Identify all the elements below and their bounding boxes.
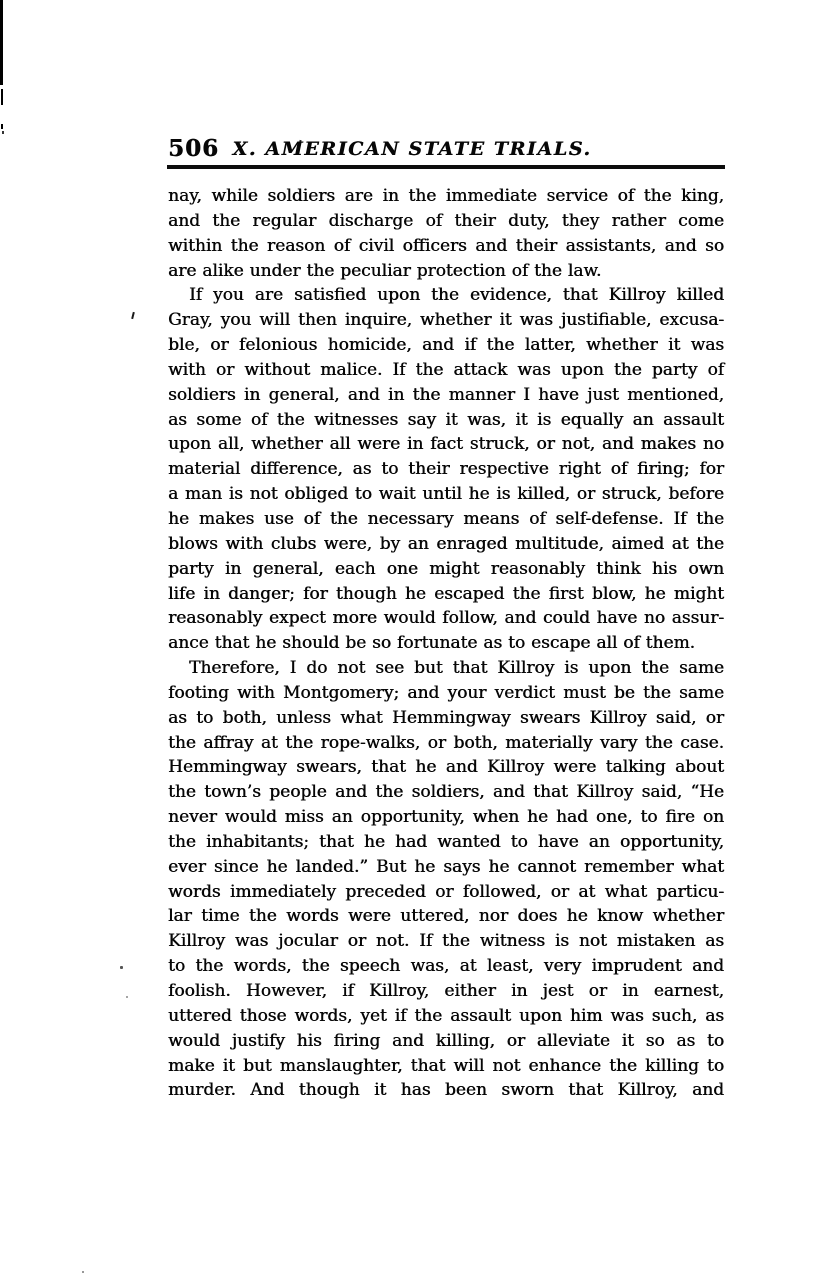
text-line: as some of the witnesses say it was, it … — [168, 408, 724, 433]
text-line: make it but manslaughter, that will not … — [168, 1054, 724, 1079]
text-line: ance that he should be so fortunate as t… — [168, 631, 724, 656]
text-line: Gray, you will then inquire, whether it … — [168, 308, 724, 333]
text-line: ble, or felonious homicide, and if the l… — [168, 333, 724, 358]
paragraph: nay, while soldiers are in the immediate… — [168, 184, 724, 283]
text-line: blows with clubs were, by an enraged mul… — [168, 532, 724, 557]
text-line: a man is not obliged to wait until he is… — [168, 482, 724, 507]
text-line: upon all, whether all were in fact struc… — [168, 432, 724, 457]
text-line: the affray at the rope-walks, or both, m… — [168, 731, 724, 756]
running-header: 506 X. AMERICAN STATE TRIALS. — [168, 133, 724, 163]
text-line: within the reason of civil officers and … — [168, 234, 724, 259]
text-line: to the words, the speech was, at least, … — [168, 954, 724, 979]
text-line: ever since he landed.” But he says he ca… — [168, 855, 724, 880]
text-line: and the regular discharge of their duty,… — [168, 209, 724, 234]
text-line: Therefore, I do not see but that Killroy… — [168, 656, 724, 681]
scan-artifact-dot — [82, 1271, 84, 1273]
book-page: 506 X. AMERICAN STATE TRIALS. nay, while… — [0, 0, 836, 1284]
text-line: the inhabitants; that he had wanted to h… — [168, 830, 724, 855]
text-line: foolish. However, if Killroy, either in … — [168, 979, 724, 1004]
paragraph: Therefore, I do not see but that Killroy… — [168, 656, 724, 1103]
scan-artifact-edge-bar — [0, 0, 3, 85]
text-line: as to both, unless what Hemmingway swear… — [168, 706, 724, 731]
header-rule — [167, 165, 725, 169]
paragraph: If you are satisfied upon the evidence, … — [168, 283, 724, 656]
scan-artifact-edge-dot — [1, 124, 3, 129]
text-line: party in general, each one might reasona… — [168, 557, 724, 582]
text-line: life in danger; for though he escaped th… — [168, 582, 724, 607]
text-line: murder. And though it has been sworn tha… — [168, 1078, 724, 1103]
text-line: reasonably expect more would follow, and… — [168, 606, 724, 631]
text-line: Killroy was jocular or not. If the witne… — [168, 929, 724, 954]
page-number: 506 — [168, 135, 219, 162]
body-text: nay, while soldiers are in the immediate… — [168, 184, 724, 1103]
scan-artifact-dot — [126, 996, 128, 998]
text-line: the town’s people and the soldiers, and … — [168, 780, 724, 805]
text-line: material difference, as to their respect… — [168, 457, 724, 482]
text-line: would justify his firing and killing, or… — [168, 1029, 724, 1054]
text-line: Hemmingway swears, that he and Killroy w… — [168, 755, 724, 780]
text-line: soldiers in general, and in the manner I… — [168, 383, 724, 408]
scan-artifact-edge-dot — [2, 131, 4, 134]
text-line: are alike under the peculiar protection … — [168, 259, 724, 284]
text-line: he makes use of the necessary means of s… — [168, 507, 724, 532]
scan-artifact-tick — [131, 312, 135, 319]
scan-artifact-edge-dash — [1, 89, 3, 105]
text-line: never would miss an opportunity, when he… — [168, 805, 724, 830]
text-line: If you are satisfied upon the evidence, … — [168, 283, 724, 308]
text-line: footing with Montgomery; and your verdic… — [168, 681, 724, 706]
running-title: X. AMERICAN STATE TRIALS. — [232, 138, 591, 160]
text-line: with or without malice. If the attack wa… — [168, 358, 724, 383]
text-line: uttered those words, yet if the assault … — [168, 1004, 724, 1029]
text-line: nay, while soldiers are in the immediate… — [168, 184, 724, 209]
text-line: lar time the words were uttered, nor doe… — [168, 904, 724, 929]
scan-artifact-dot — [120, 966, 123, 969]
text-line: words immediately preceded or followed, … — [168, 880, 724, 905]
